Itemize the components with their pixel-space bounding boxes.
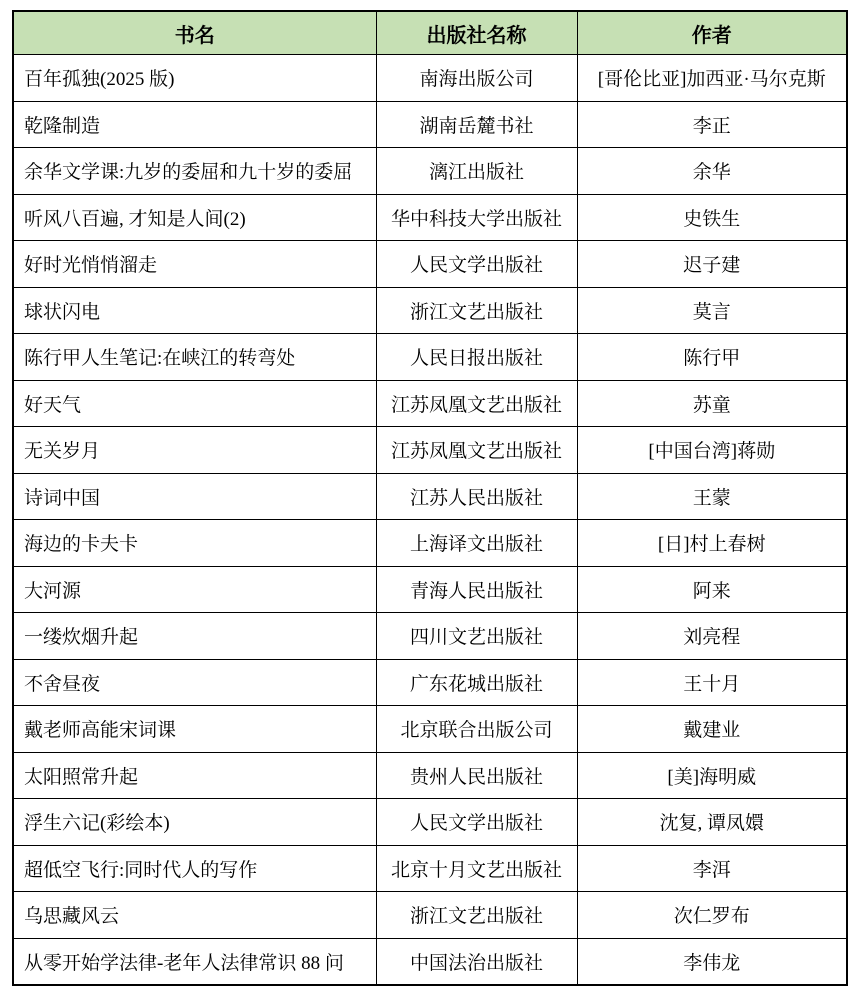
author-cell: 史铁生: [577, 194, 847, 241]
publisher-cell: 人民日报出版社: [376, 334, 577, 381]
book-title-cell: 余华文学课:九岁的委屈和九十岁的委屈: [13, 148, 376, 195]
book-title-cell: 乾隆制造: [13, 101, 376, 148]
publisher-cell: 人民文学出版社: [376, 799, 577, 846]
author-cell: 刘亮程: [577, 613, 847, 660]
book-title-cell: 好时光悄悄溜走: [13, 241, 376, 288]
table-row: 一缕炊烟升起 四川文艺出版社 刘亮程: [13, 613, 847, 660]
author-cell: 沈复, 谭凤嬛: [577, 799, 847, 846]
publisher-cell: 江苏凤凰文艺出版社: [376, 427, 577, 474]
publisher-cell: 江苏凤凰文艺出版社: [376, 380, 577, 427]
publisher-cell: 贵州人民出版社: [376, 752, 577, 799]
author-cell: 李正: [577, 101, 847, 148]
table-row: 百年孤独(2025 版) 南海出版公司 [哥伦比亚]加西亚·马尔克斯: [13, 55, 847, 102]
book-title-cell: 超低空飞行:同时代人的写作: [13, 845, 376, 892]
author-cell: 陈行甲: [577, 334, 847, 381]
author-cell: [中国台湾]蒋勋: [577, 427, 847, 474]
author-cell: 迟子建: [577, 241, 847, 288]
publisher-cell: 漓江出版社: [376, 148, 577, 195]
book-title-cell: 乌思藏风云: [13, 892, 376, 939]
publisher-cell: 南海出版公司: [376, 55, 577, 102]
table-row: 戴老师高能宋词课 北京联合出版公司 戴建业: [13, 706, 847, 753]
author-cell: 次仁罗布: [577, 892, 847, 939]
author-cell: 阿来: [577, 566, 847, 613]
publisher-cell: 北京十月文艺出版社: [376, 845, 577, 892]
author-cell: 李洱: [577, 845, 847, 892]
table-row: 余华文学课:九岁的委屈和九十岁的委屈 漓江出版社 余华: [13, 148, 847, 195]
table-row: 好时光悄悄溜走 人民文学出版社 迟子建: [13, 241, 847, 288]
author-cell: 王蒙: [577, 473, 847, 520]
table-body: 百年孤独(2025 版) 南海出版公司 [哥伦比亚]加西亚·马尔克斯 乾隆制造 …: [13, 55, 847, 986]
book-title-cell: 百年孤独(2025 版): [13, 55, 376, 102]
table-row: 浮生六记(彩绘本) 人民文学出版社 沈复, 谭凤嬛: [13, 799, 847, 846]
publisher-cell: 江苏人民出版社: [376, 473, 577, 520]
author-cell: [哥伦比亚]加西亚·马尔克斯: [577, 55, 847, 102]
book-title-cell: 一缕炊烟升起: [13, 613, 376, 660]
page: 书名 出版社名称 作者 百年孤独(2025 版) 南海出版公司 [哥伦比亚]加西…: [0, 0, 858, 996]
publisher-cell: 上海译文出版社: [376, 520, 577, 567]
table-row: 海边的卡夫卡 上海译文出版社 [日]村上春树: [13, 520, 847, 567]
table-row: 听风八百遍, 才知是人间(2) 华中科技大学出版社 史铁生: [13, 194, 847, 241]
publisher-cell: 华中科技大学出版社: [376, 194, 577, 241]
book-title-cell: 太阳照常升起: [13, 752, 376, 799]
author-cell: 莫言: [577, 287, 847, 334]
publisher-cell: 北京联合出版公司: [376, 706, 577, 753]
table-row: 诗词中国 江苏人民出版社 王蒙: [13, 473, 847, 520]
author-cell: 戴建业: [577, 706, 847, 753]
table-row: 太阳照常升起 贵州人民出版社 [美]海明威: [13, 752, 847, 799]
book-title-cell: 球状闪电: [13, 287, 376, 334]
table-row: 乾隆制造 湖南岳麓书社 李正: [13, 101, 847, 148]
publisher-cell: 中国法治出版社: [376, 938, 577, 985]
publisher-cell: 四川文艺出版社: [376, 613, 577, 660]
publisher-cell: 浙江文艺出版社: [376, 287, 577, 334]
publisher-cell: 广东花城出版社: [376, 659, 577, 706]
books-table: 书名 出版社名称 作者 百年孤独(2025 版) 南海出版公司 [哥伦比亚]加西…: [12, 10, 848, 986]
publisher-cell: 浙江文艺出版社: [376, 892, 577, 939]
table-row: 不舍昼夜 广东花城出版社 王十月: [13, 659, 847, 706]
publisher-cell: 湖南岳麓书社: [376, 101, 577, 148]
author-cell: 余华: [577, 148, 847, 195]
book-title-cell: 戴老师高能宋词课: [13, 706, 376, 753]
table-row: 超低空飞行:同时代人的写作 北京十月文艺出版社 李洱: [13, 845, 847, 892]
book-title-cell: 好天气: [13, 380, 376, 427]
header-row: 书名 出版社名称 作者: [13, 11, 847, 55]
book-title-cell: 大河源: [13, 566, 376, 613]
author-cell: 李伟龙: [577, 938, 847, 985]
book-title-cell: 听风八百遍, 才知是人间(2): [13, 194, 376, 241]
author-cell: [日]村上春树: [577, 520, 847, 567]
table-row: 乌思藏风云 浙江文艺出版社 次仁罗布: [13, 892, 847, 939]
table-row: 从零开始学法律-老年人法律常识 88 问 中国法治出版社 李伟龙: [13, 938, 847, 985]
book-title-cell: 从零开始学法律-老年人法律常识 88 问: [13, 938, 376, 985]
book-title-cell: 无关岁月: [13, 427, 376, 474]
table-row: 无关岁月 江苏凤凰文艺出版社 [中国台湾]蒋勋: [13, 427, 847, 474]
book-title-cell: 陈行甲人生笔记:在峡江的转弯处: [13, 334, 376, 381]
column-header-author: 作者: [577, 11, 847, 55]
author-cell: [美]海明威: [577, 752, 847, 799]
book-title-cell: 不舍昼夜: [13, 659, 376, 706]
book-title-cell: 海边的卡夫卡: [13, 520, 376, 567]
author-cell: 苏童: [577, 380, 847, 427]
book-title-cell: 浮生六记(彩绘本): [13, 799, 376, 846]
table-row: 好天气 江苏凤凰文艺出版社 苏童: [13, 380, 847, 427]
publisher-cell: 人民文学出版社: [376, 241, 577, 288]
publisher-cell: 青海人民出版社: [376, 566, 577, 613]
column-header-publisher: 出版社名称: [376, 11, 577, 55]
author-cell: 王十月: [577, 659, 847, 706]
column-header-book-title: 书名: [13, 11, 376, 55]
table-row: 陈行甲人生笔记:在峡江的转弯处 人民日报出版社 陈行甲: [13, 334, 847, 381]
book-title-cell: 诗词中国: [13, 473, 376, 520]
table-row: 球状闪电 浙江文艺出版社 莫言: [13, 287, 847, 334]
table-header: 书名 出版社名称 作者: [13, 11, 847, 55]
table-row: 大河源 青海人民出版社 阿来: [13, 566, 847, 613]
